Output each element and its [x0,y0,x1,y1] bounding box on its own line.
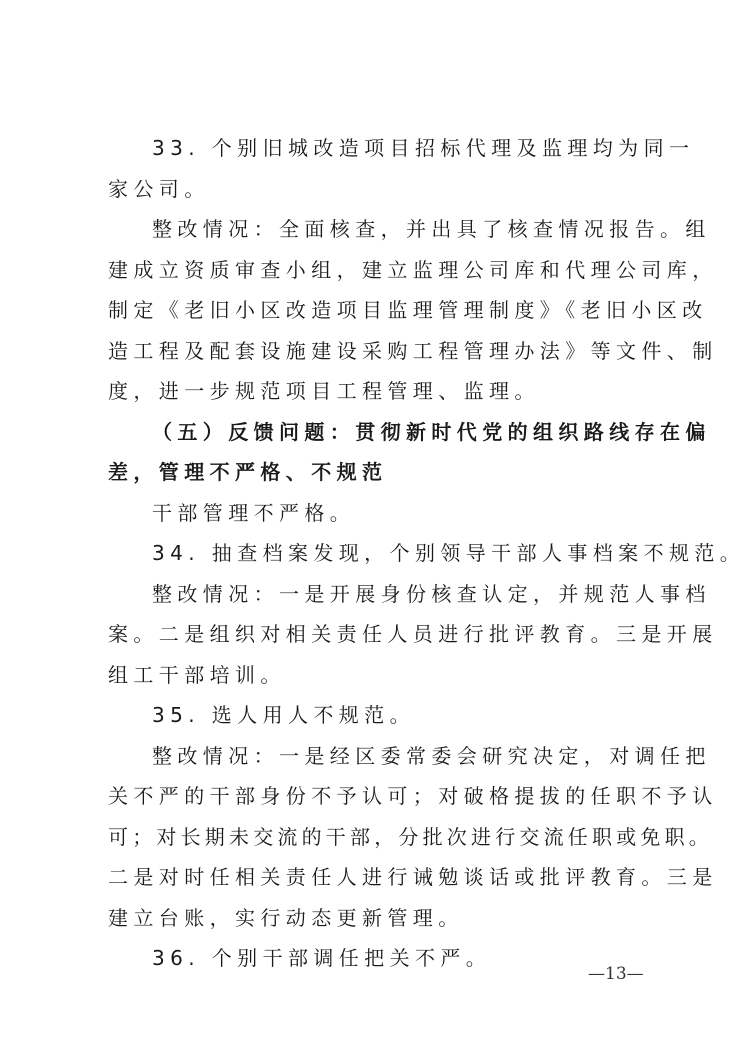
text-line: 制定《老旧小区改造项目监理管理制度》《老旧小区改 [108,290,648,331]
text-line: 关不严的干部身份不予认可；对破格提拔的任职不予认 [108,776,648,817]
document-body: 33. 个别旧城改造项目招标代理及监理均为同一 家公司。 整改情况：全面核查，并… [108,128,648,979]
text-line: 二是对时任相关责任人进行诫勉谈话或批评教育。三是 [108,857,648,898]
text-line: 整改情况：一是经区委常委会研究决定，对调任把 [108,736,648,777]
text-line: 33. 个别旧城改造项目招标代理及监理均为同一 [108,128,648,169]
text-line: 建成立资质审查小组，建立监理公司库和代理公司库， [108,250,648,291]
text-line: 建立台账，实行动态更新管理。 [108,898,648,939]
text-line: 造工程及配套设施建设采购工程管理办法》等文件、制 [108,331,648,372]
text-line: 整改情况：全面核查，并出具了核查情况报告。组 [108,209,648,250]
section-heading-line: （五）反馈问题：贯彻新时代党的组织路线存在偏 [108,412,648,453]
text-line: 案。二是组织对相关责任人员进行批评教育。三是开展 [108,614,648,655]
section-heading-line: 差，管理不严格、不规范 [108,452,648,493]
text-line: 35. 选人用人不规范。 [108,695,648,736]
text-line: 34. 抽查档案发现，个别领导干部人事档案不规范。 [108,533,648,574]
text-line: 干部管理不严格。 [108,493,648,534]
text-line: 组工干部培训。 [108,655,648,696]
text-line: 可；对长期未交流的干部，分批次进行交流任职或免职。 [108,817,648,858]
text-line: 36. 个别干部调任把关不严。 [108,938,648,979]
page-number: —13— [588,964,644,984]
text-line: 整改情况：一是开展身份核查认定，并规范人事档 [108,574,648,615]
text-line: 家公司。 [108,169,648,210]
text-line: 度，进一步规范项目工程管理、监理。 [108,371,648,412]
